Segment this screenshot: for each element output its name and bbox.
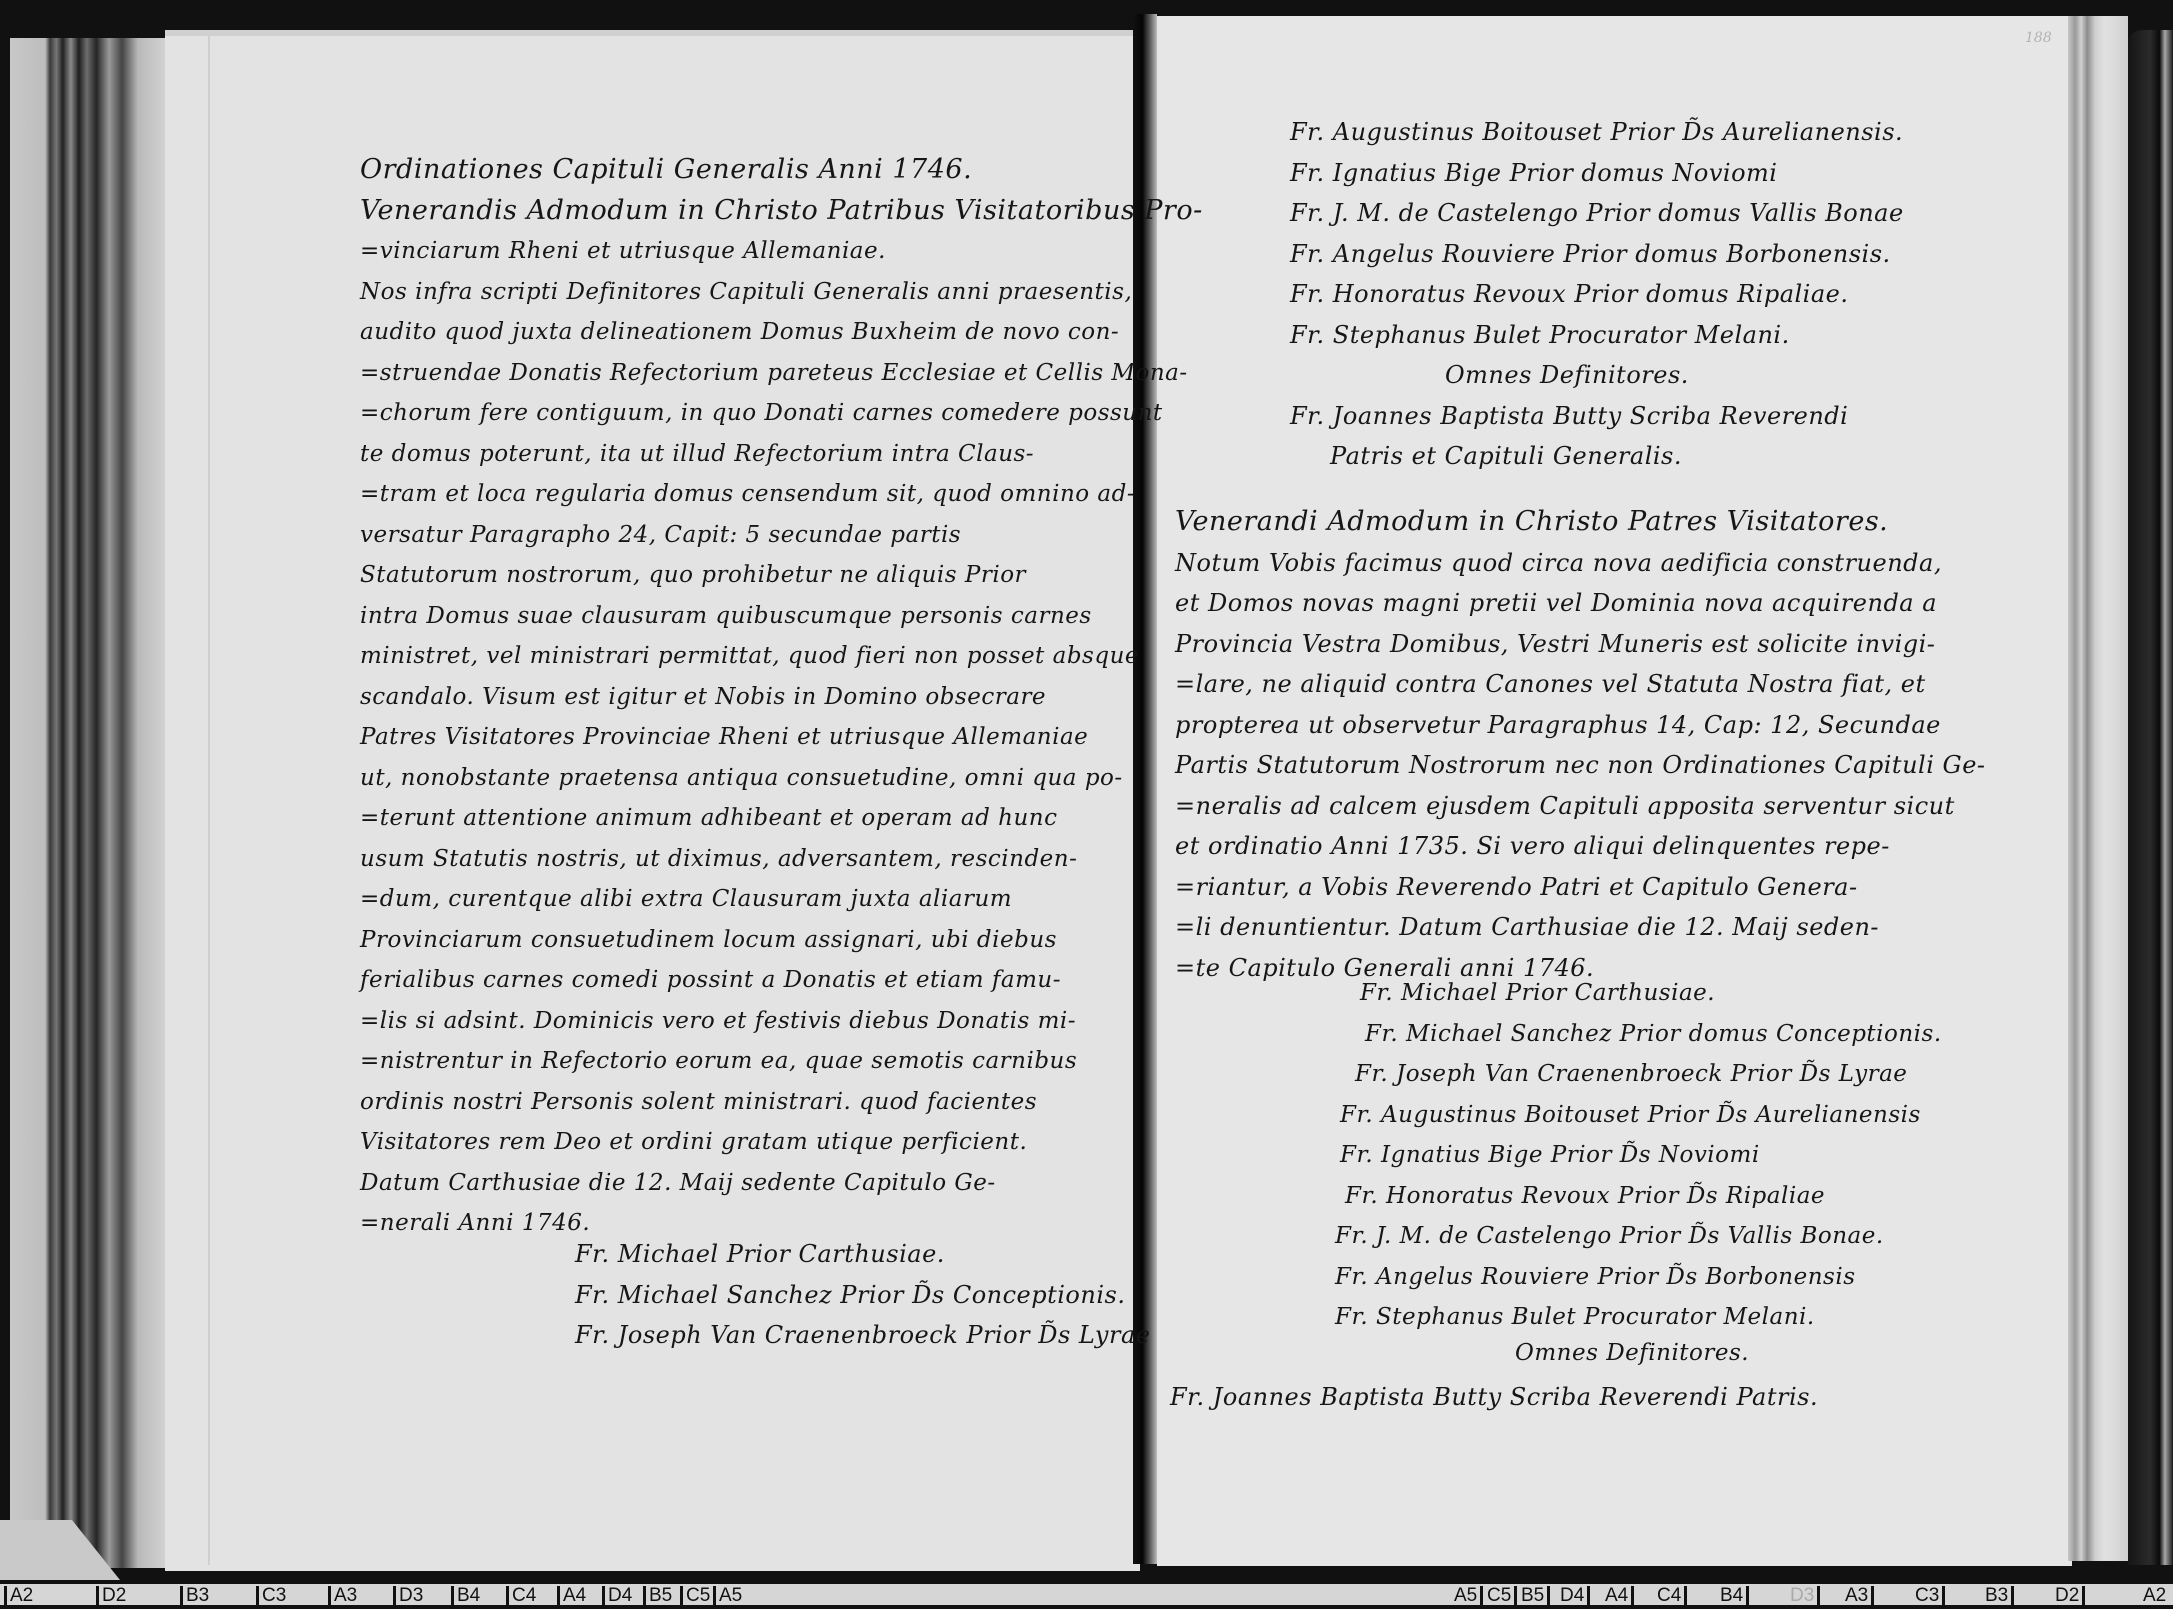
left-body-line: audito quod juxta delineationem Domus Bu…	[360, 312, 1203, 353]
right-body-line: propterea ut observetur Paragraphus 14, …	[1175, 705, 1986, 746]
right-address-line: Venerandi Admodum in Christo Patres Visi…	[1175, 502, 1986, 543]
right-final-scribe: Fr. Joannes Baptista Butty Scriba Revere…	[1170, 1377, 1818, 1418]
left-body-line: =nistrentur in Refectorio eorum ea, quae…	[360, 1041, 1203, 1082]
right-top-signatures: Fr. Augustinus Boitouset Prior D̃s Aurel…	[1290, 112, 1904, 477]
right-body-line: et Domos novas magni pretii vel Dominia …	[1175, 583, 1986, 624]
scribe-line: Fr. Joannes Baptista Butty Scriba Revere…	[1290, 396, 1904, 437]
right-book-cover	[2128, 30, 2173, 1565]
microfilm-tab: B3	[1985, 1586, 2014, 1606]
right-body-line: Partis Statutorum Nostrorum nec non Ordi…	[1175, 745, 1986, 786]
right-body-line: Provincia Vestra Domibus, Vestri Muneris…	[1175, 624, 1986, 665]
microfilm-tab: A3	[328, 1586, 357, 1606]
microfilm-tab: D2	[96, 1586, 126, 1606]
microfilm-tab: A2	[4, 1586, 33, 1606]
right-body-line: =lare, ne aliquid contra Canones vel Sta…	[1175, 664, 1986, 705]
page-number: 188	[2025, 30, 2052, 46]
signature-line: Fr. Augustinus Boitouset Prior D̃s Aurel…	[1290, 112, 1904, 153]
left-body-line: ut, nonobstante praetensa antiqua consue…	[360, 758, 1203, 799]
signature-line: Fr. Stephanus Bulet Procurator Melani.	[1315, 1297, 1942, 1338]
signature-line: Fr. Joseph Van Craenenbroeck Prior D̃s L…	[575, 1315, 1150, 1356]
microfilm-tab: C5	[1487, 1586, 1517, 1606]
signature-line: Fr. Augustinus Boitouset Prior D̃s Aurel…	[1315, 1095, 1942, 1136]
left-body-line: Statutorum nostrorum, quo prohibetur ne …	[360, 555, 1203, 596]
left-body-line: Datum Carthusiae die 12. Maij sedente Ca…	[360, 1163, 1203, 1204]
left-body-line: ministret, vel ministrari permittat, quo…	[360, 636, 1203, 677]
left-heading-line: Ordinationes Capituli Generalis Anni 174…	[360, 150, 1203, 191]
signature-line: Fr. Honoratus Revoux Prior domus Ripalia…	[1290, 274, 1904, 315]
microfilm-tab: A5	[713, 1586, 742, 1606]
signature-line: Fr. J. M. de Castelengo Prior domus Vall…	[1290, 193, 1904, 234]
right-body-line: =neralis ad calcem ejusdem Capituli appo…	[1175, 786, 1986, 827]
microfilm-tab: B4	[451, 1586, 480, 1606]
left-body-line: versatur Paragrapho 24, Capit: 5 secunda…	[360, 515, 1203, 556]
left-page-stack-edge	[10, 38, 170, 1568]
left-body-line: =tram et loca regularia domus censendum …	[360, 474, 1203, 515]
left-heading-line: =vinciarum Rheni et utriusque Allemaniae…	[360, 231, 1203, 272]
microfilm-tab: B5	[1521, 1586, 1550, 1606]
microfilm-tab: D3	[1790, 1586, 1820, 1606]
microfilm-tab: A2	[2140, 1586, 2166, 1606]
left-body-line: =chorum fere contiguum, in quo Donati ca…	[360, 393, 1203, 434]
right-body-line: =li denuntientur. Datum Carthusiae die 1…	[1175, 907, 1986, 948]
left-body-line: Provinciarum consuetudinem locum assigna…	[360, 920, 1203, 961]
microfilm-tab: D4	[602, 1586, 632, 1606]
left-body-line: intra Domus suae clausuram quibuscumque …	[360, 596, 1203, 637]
left-body-line: =lis si adsint. Dominicis vero et festiv…	[360, 1001, 1203, 1042]
signature-line: Fr. Michael Prior Carthusiae.	[1315, 973, 1942, 1014]
omnes-definitores-line: Omnes Definitores.	[1290, 355, 1904, 396]
microfilm-tab: C4	[1657, 1586, 1687, 1606]
right-body-line: et ordinatio Anni 1735. Si vero aliqui d…	[1175, 826, 1986, 867]
microfilm-scan: 188 Ordinationes Capituli Generalis Anni…	[0, 0, 2173, 1609]
left-body-line: ferialibus carnes comedi possint a Donat…	[360, 960, 1203, 1001]
right-bottom-signatures: Fr. Michael Prior Carthusiae. Fr. Michae…	[1315, 973, 1942, 1368]
left-body-line: ordinis nostri Personis solent ministrar…	[360, 1082, 1203, 1123]
left-heading-line: Venerandis Admodum in Christo Patribus V…	[360, 191, 1203, 232]
signature-line: Fr. Michael Sanchez Prior domus Concepti…	[1315, 1014, 1942, 1055]
microfilm-tab: C3	[1915, 1586, 1945, 1606]
left-signatures: Fr. Michael Prior Carthusiae. Fr. Michae…	[575, 1234, 1150, 1356]
left-body-line: =struendae Donatis Refectorium pareteus …	[360, 353, 1203, 394]
right-body-line: Notum Vobis facimus quod circa nova aedi…	[1175, 543, 1986, 584]
microfilm-tab: D3	[393, 1586, 423, 1606]
left-body-line: Patres Visitatores Provinciae Rheni et u…	[360, 717, 1203, 758]
left-body-line: te domus poterunt, ita ut illud Refector…	[360, 434, 1203, 475]
signature-line: Fr. Michael Sanchez Prior D̃s Conception…	[575, 1275, 1150, 1316]
signature-line: Fr. Honoratus Revoux Prior D̃s Ripaliae	[1315, 1176, 1942, 1217]
signature-line: Fr. Angelus Rouviere Prior domus Borbone…	[1290, 234, 1904, 275]
scribe-line: Fr. Joannes Baptista Butty Scriba Revere…	[1170, 1377, 1818, 1418]
right-body-line: =riantur, a Vobis Reverendo Patri et Cap…	[1175, 867, 1986, 908]
microfilm-tab: A5	[1454, 1586, 1483, 1606]
signature-line: Fr. Ignatius Bige Prior domus Noviomi	[1290, 153, 1904, 194]
signature-line: Fr. J. M. de Castelengo Prior D̃s Vallis…	[1315, 1216, 1942, 1257]
signature-line: Fr. Michael Prior Carthusiae.	[575, 1234, 1150, 1275]
microfilm-tab: C3	[256, 1586, 286, 1606]
scribe-line: Patris et Capituli Generalis.	[1290, 436, 1904, 477]
left-body-line: =terunt attentione animum adhibeant et o…	[360, 798, 1203, 839]
microfilm-tab: B3	[180, 1586, 209, 1606]
microfilm-tab: C5	[680, 1586, 710, 1606]
left-body-line: Nos infra scripti Definitores Capituli G…	[360, 272, 1203, 313]
microfilm-tab: D2	[2055, 1586, 2085, 1606]
signature-line: Fr. Ignatius Bige Prior D̃s Noviomi	[1315, 1135, 1942, 1176]
microfilm-tab: D4	[1560, 1586, 1590, 1606]
microfilm-tab: A4	[1605, 1586, 1634, 1606]
microfilm-tab: B4	[1720, 1586, 1749, 1606]
left-body-line: scandalo. Visum est igitur et Nobis in D…	[360, 677, 1203, 718]
omnes-definitores-line: Omnes Definitores.	[1315, 1338, 1942, 1368]
left-body-line: usum Statutis nostris, ut diximus, adver…	[360, 839, 1203, 880]
signature-line: Fr. Angelus Rouviere Prior D̃s Borbonens…	[1315, 1257, 1942, 1298]
right-page-stack-edge	[2068, 16, 2128, 1561]
signature-line: Fr. Joseph Van Craenenbroeck Prior D̃s L…	[1315, 1054, 1942, 1095]
microfilm-tab: C4	[506, 1586, 536, 1606]
microfilm-tab: B5	[643, 1586, 672, 1606]
left-page-text: Ordinationes Capituli Generalis Anni 174…	[360, 150, 1203, 1244]
microfilm-tab: A3	[1845, 1586, 1874, 1606]
right-page-text: Venerandi Admodum in Christo Patres Visi…	[1175, 502, 1986, 988]
left-body-line: Visitatores rem Deo et ordini gratam uti…	[360, 1122, 1203, 1163]
signature-line: Fr. Stephanus Bulet Procurator Melani.	[1290, 315, 1904, 356]
left-body-line: =dum, curentque alibi extra Clausuram ju…	[360, 879, 1203, 920]
left-page-fold-line	[208, 35, 210, 1565]
microfilm-tab: A4	[557, 1586, 586, 1606]
